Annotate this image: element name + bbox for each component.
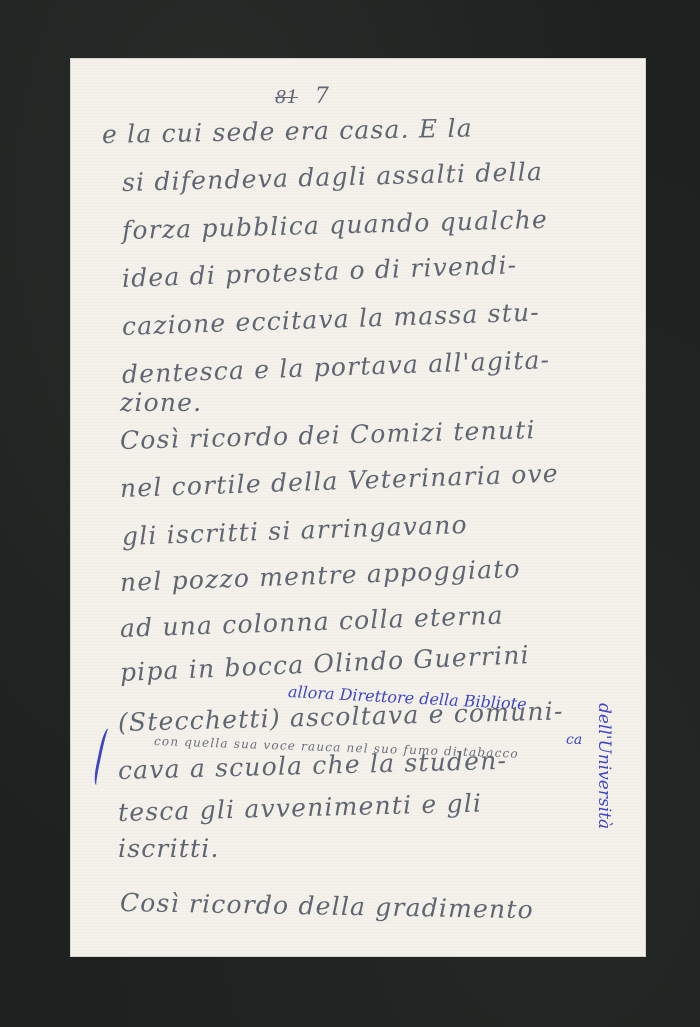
- text-line-9: nel cortile della Veterinaria ove: [119, 459, 559, 503]
- text-line-13: pipa in bocca Olindo Guerrini: [119, 640, 530, 687]
- text-line-17: iscritti.: [118, 834, 220, 863]
- text-line-18: Così ricordo della gradimento: [120, 888, 534, 924]
- scan-background: 81 7 e la cui sede era casa. E la si dif…: [0, 0, 700, 1027]
- text-line-1: e la cui sede era casa. E la: [102, 114, 473, 149]
- text-line-2: si difendeva dagli assalti della: [122, 157, 544, 197]
- blue-sideways-margin-note: dell'Università: [594, 703, 614, 829]
- text-line-15: cava a scuola che la studen-: [118, 746, 508, 785]
- text-line-7: zione.: [120, 388, 202, 417]
- text-line-11: nel pozzo mentre appoggiato: [119, 554, 521, 597]
- text-line-14: (Stecchetti) ascoltava e comuni-: [118, 696, 564, 737]
- text-line-5: cazione eccitava la massa stu-: [121, 297, 540, 341]
- struck-page-number: 81: [275, 87, 298, 108]
- text-line-16: tesca gli avvenimenti e gli: [118, 788, 483, 827]
- blue-margin-bracket: [92, 727, 115, 786]
- blue-margin-suffix: ca: [566, 732, 582, 748]
- text-line-8: Così ricordo dei Comizi tenuti: [120, 415, 536, 455]
- text-line-3: forza pubblica quando qualche: [122, 205, 549, 245]
- text-line-6: dentesca e la portava all'agita-: [121, 345, 550, 389]
- text-line-10: gli iscritti si arringavano: [121, 510, 468, 551]
- text-line-12: ad una colonna colla eterna: [119, 601, 504, 643]
- text-line-8-content: Così ricordo dei Comizi tenuti: [120, 415, 536, 455]
- text-line-4: idea di protesta o di rivendi-: [121, 250, 517, 293]
- manuscript-page: 81 7 e la cui sede era casa. E la si dif…: [70, 58, 646, 957]
- page-number: 81 7: [275, 84, 329, 109]
- current-page-number: 7: [315, 84, 329, 109]
